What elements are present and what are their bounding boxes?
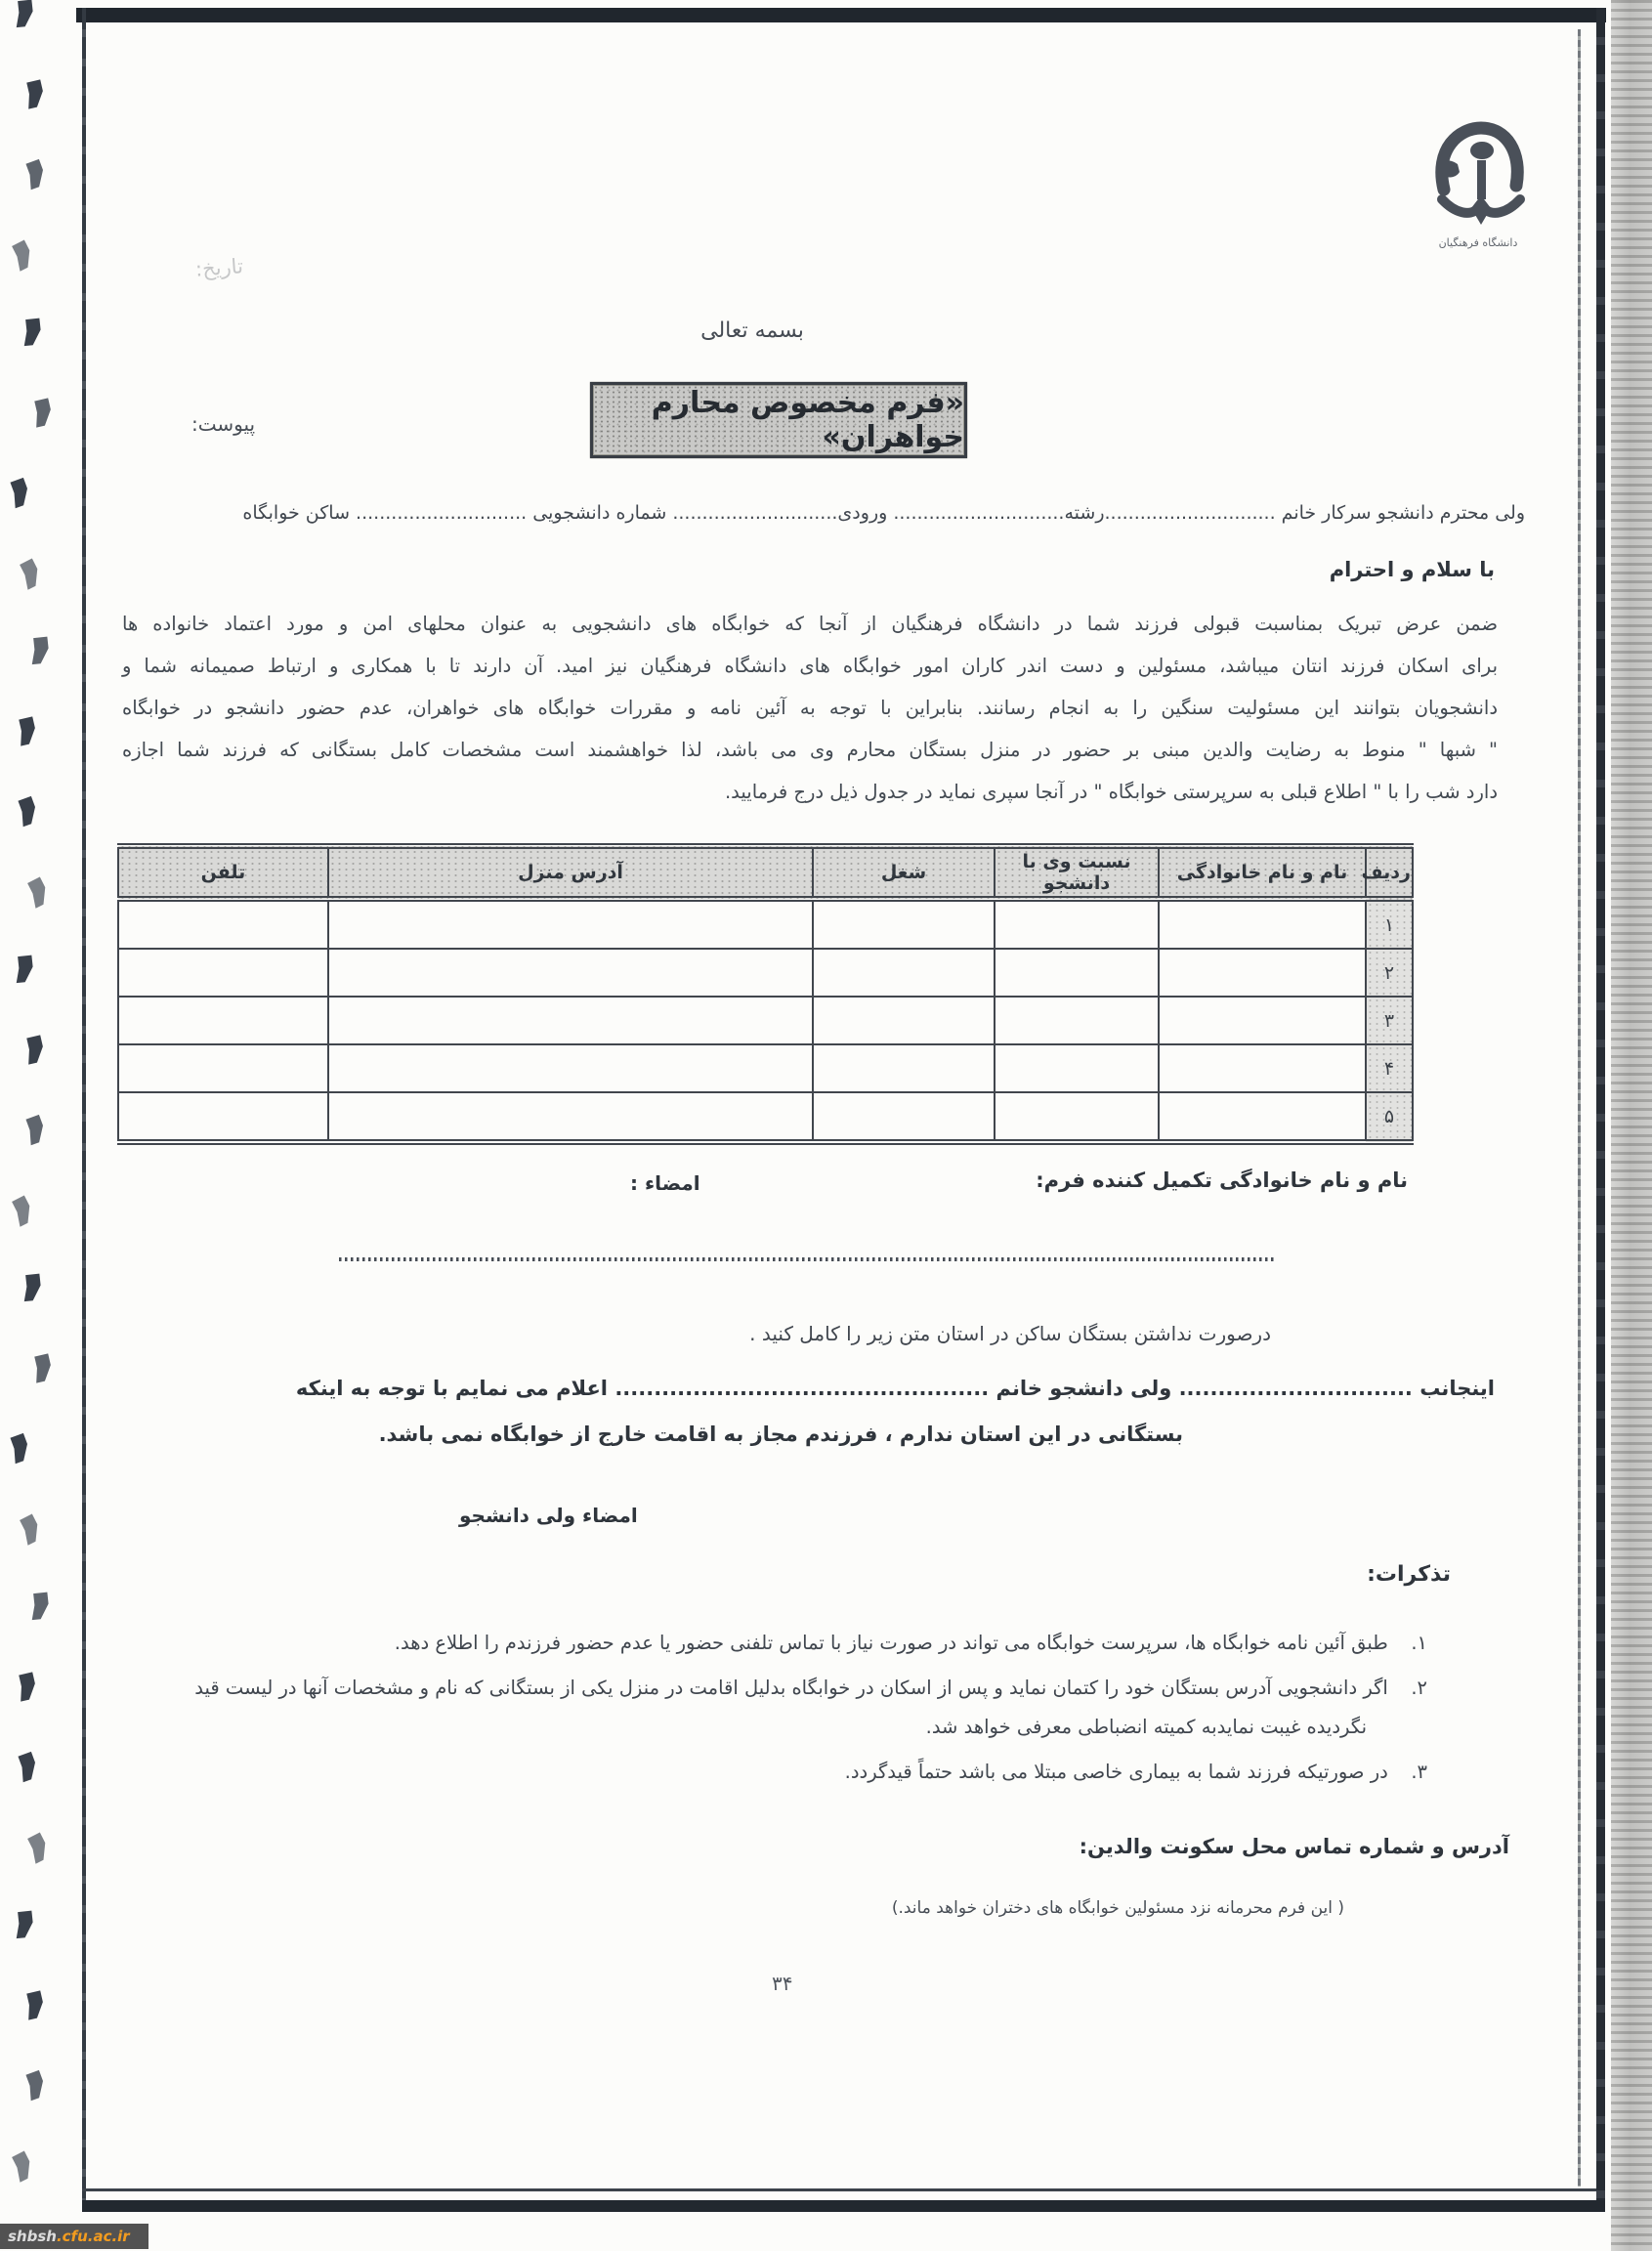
note-number: ۱.: [1394, 1624, 1427, 1663]
binding-hole-mark: ’: [26, 1539, 55, 1553]
binding-hole-mark: ’: [24, 2020, 56, 2027]
body-line: دانشجویان بتوانند این مسئولیت سنگین را ب…: [122, 687, 1498, 729]
binding-hole-mark: ’: [13, 1461, 43, 1471]
empty-cell: [118, 899, 328, 949]
binding-hole-mark: ’: [20, 1305, 51, 1308]
body-line: دارد شب را با " اطلاع قبلی به سرپرستی خو…: [122, 771, 1498, 813]
row-number-cell: ۱: [1366, 899, 1413, 949]
row-number-cell: ۳: [1366, 997, 1413, 1044]
salutation: با سلام و احترام: [1330, 558, 1495, 581]
site-watermark: shbsh.cfu.ac.ir: [0, 2224, 148, 2249]
page-border-right-inner: [1578, 29, 1581, 2187]
body-line: ضمن عرض تبریک بمناسبت قبولی فرزند شما در…: [122, 603, 1498, 645]
table-row: ۱: [118, 899, 1413, 949]
university-logo-caption: دانشگاه فرهنگیان: [1413, 236, 1544, 249]
bismillah-text: بسمه تعالی: [547, 319, 957, 343]
row-number-cell: ۵: [1366, 1092, 1413, 1142]
binding-hole-mark: ’: [27, 668, 59, 671]
row-number-cell: ۴: [1366, 1044, 1413, 1092]
empty-cell: [118, 949, 328, 997]
binding-hole-mark: ’: [19, 2176, 47, 2190]
empty-cell: [328, 1044, 813, 1092]
empty-cell: [995, 899, 1159, 949]
empty-cell: [1159, 899, 1366, 949]
guardian-signature-label: امضاء ولی دانشجو: [459, 1504, 638, 1527]
binding-hole-mark: ’: [20, 350, 51, 353]
filler-name-label: نام و نام خانوادگی تکمیل کننده فرم:: [1036, 1168, 1408, 1192]
attachment-label: پیوست:: [191, 412, 255, 436]
signature-label: امضاء :: [630, 1171, 700, 1195]
note-item: ۳. در صورتیکه فرزند شما به بیماری خاصی م…: [136, 1753, 1427, 1792]
table-row: ۲: [118, 949, 1413, 997]
empty-cell: [813, 949, 995, 997]
empty-cell: [995, 1044, 1159, 1092]
university-logo: دانشگاه فرهنگیان: [1413, 115, 1544, 249]
date-label: تاریخ:: [194, 254, 243, 280]
note-item: ۲. اگر دانشجویی آدرس بستگان خود را کتمان…: [136, 1669, 1427, 1747]
binding-hole-mark: ’: [28, 2098, 59, 2108]
page-border-left: [82, 8, 86, 2212]
parents-contact-label: آدرس و شماره تماس محل سکونت والدین:: [1080, 1835, 1509, 1858]
empty-cell: [328, 899, 813, 949]
empty-cell: [1159, 997, 1366, 1044]
note-number: ۳.: [1394, 1753, 1427, 1792]
form-title: «فرم مخصوص محارم خواهران»: [590, 382, 967, 458]
binding-hole-mark: ’: [21, 1779, 51, 1790]
empty-cell: [328, 1092, 813, 1142]
table-row: ۵: [118, 1092, 1413, 1142]
note-text: در صورتیکه فرزند شما به بیماری خاصی مبتل…: [845, 1761, 1388, 1783]
page-border-bottom-inner: [82, 2188, 1596, 2191]
binding-hole-mark: ’: [24, 1065, 56, 1072]
empty-cell: [995, 997, 1159, 1044]
row-number-cell: ۲: [1366, 949, 1413, 997]
empty-cell: [813, 1044, 995, 1092]
note-number: ۲.: [1394, 1669, 1427, 1708]
addressee-line: ولی محترم دانشجو سرکار خانم ............…: [113, 502, 1525, 524]
page-border-top: [76, 8, 1606, 22]
body-line: " شبها " منوط به رضایت والدین مبنی بر حض…: [122, 729, 1498, 771]
body-paragraph: ضمن عرض تبریک بمناسبت قبولی فرزند شما در…: [122, 603, 1498, 813]
watermark-suffix: .cfu.ac.ir: [57, 2228, 130, 2245]
notes-title: تذکرات:: [1367, 1562, 1451, 1587]
empty-cell: [118, 997, 328, 1044]
watermark-prefix: shbsh: [8, 2228, 57, 2245]
col-header-relation: نسبت وی با دانشجو: [995, 846, 1159, 899]
col-header-telephone: تلفن: [118, 846, 328, 899]
page-border-right: [1596, 8, 1605, 2212]
binding-hole-mark: ’: [17, 1702, 48, 1709]
relatives-table: ردیف نام و نام خانوادگی نسبت وی با دانشج…: [117, 843, 1414, 1145]
note-text: طبق آئین نامه خوابگاه ها، سرپرست خوابگاه…: [395, 1632, 1388, 1654]
binding-hole-mark: ’: [34, 1857, 63, 1872]
empty-cell: [1159, 1044, 1366, 1092]
note-text: اگر دانشجویی آدرس بستگان خود را کتمان نم…: [194, 1677, 1388, 1738]
binding-hole-mark: ’: [24, 109, 56, 116]
empty-cell: [1159, 949, 1366, 997]
binding-hole-mark: ’: [26, 583, 55, 598]
binding-hole-mark: ’: [12, 31, 43, 34]
note-item: ۱. طبق آئین نامه خوابگاه ها، سرپرست خواب…: [136, 1624, 1427, 1663]
declaration-line-1: اینجانب .............................. و…: [296, 1377, 1495, 1400]
binding-hole-mark: ’: [13, 505, 43, 516]
binding-hole-mark: ’: [21, 824, 51, 834]
binding-hole-mark: ’: [19, 1220, 47, 1235]
binding-hole-mark: ’: [12, 1942, 43, 1945]
binding-hole-mark: ’: [32, 428, 64, 435]
col-header-home-address: آدرس منزل: [328, 846, 813, 899]
col-header-row-number: ردیف: [1366, 846, 1413, 899]
binding-hole-mark: ’: [28, 1142, 59, 1153]
empty-cell: [813, 997, 995, 1044]
page-number: ۳۴: [772, 1972, 792, 1995]
col-header-occupation: شغل: [813, 846, 995, 899]
body-line: برای اسکان فرزند انتان میباشد، مسئولین و…: [122, 645, 1498, 687]
binding-hole-mark: ’: [32, 1383, 64, 1390]
empty-cell: [995, 1092, 1159, 1142]
empty-cell: [328, 997, 813, 1044]
scan-edge-texture: [1611, 0, 1652, 2251]
empty-cell: [118, 1044, 328, 1092]
page-border-bottom: [82, 2200, 1605, 2212]
binding-hole-mark: ’: [28, 187, 59, 197]
binding-hole-mark: ’: [17, 746, 48, 753]
university-logo-icon: [1417, 115, 1540, 231]
confidential-note: ( این فرم محرمانه نزد مسئولین خوابگاه ها…: [892, 1898, 1344, 1918]
empty-cell: [813, 899, 995, 949]
table-header-row: ردیف نام و نام خانوادگی نسبت وی با دانشج…: [118, 846, 1413, 899]
table-row: ۴: [118, 1044, 1413, 1092]
declaration-line-2: بستگانی در این استان ندارم ، فرزندم مجاز…: [379, 1423, 1183, 1446]
col-header-full-name: نام و نام خانوادگی: [1159, 846, 1366, 899]
no-relatives-instruction: درصورت نداشتن بستگان ساکن در استان متن ز…: [749, 1322, 1271, 1345]
binding-hole-mark: ’: [19, 265, 47, 279]
empty-cell: [328, 949, 813, 997]
dotted-fill-line: [339, 1257, 1275, 1261]
empty-cell: [118, 1092, 328, 1142]
empty-cell: [995, 949, 1159, 997]
scanned-form-page: ’’’’’’’’’’’’’’’’’’’’’’’’’’’’ دانشگاه فره…: [0, 0, 1652, 2251]
table-row: ۳: [118, 997, 1413, 1044]
binding-hole-mark: ’: [27, 1624, 59, 1627]
empty-cell: [813, 1092, 995, 1142]
empty-cell: [1159, 1092, 1366, 1142]
binding-hole-mark: ’: [12, 987, 43, 990]
notes-list: ۱. طبق آئین نامه خوابگاه ها، سرپرست خواب…: [136, 1624, 1427, 1798]
binding-hole-mark: ’: [34, 902, 63, 916]
